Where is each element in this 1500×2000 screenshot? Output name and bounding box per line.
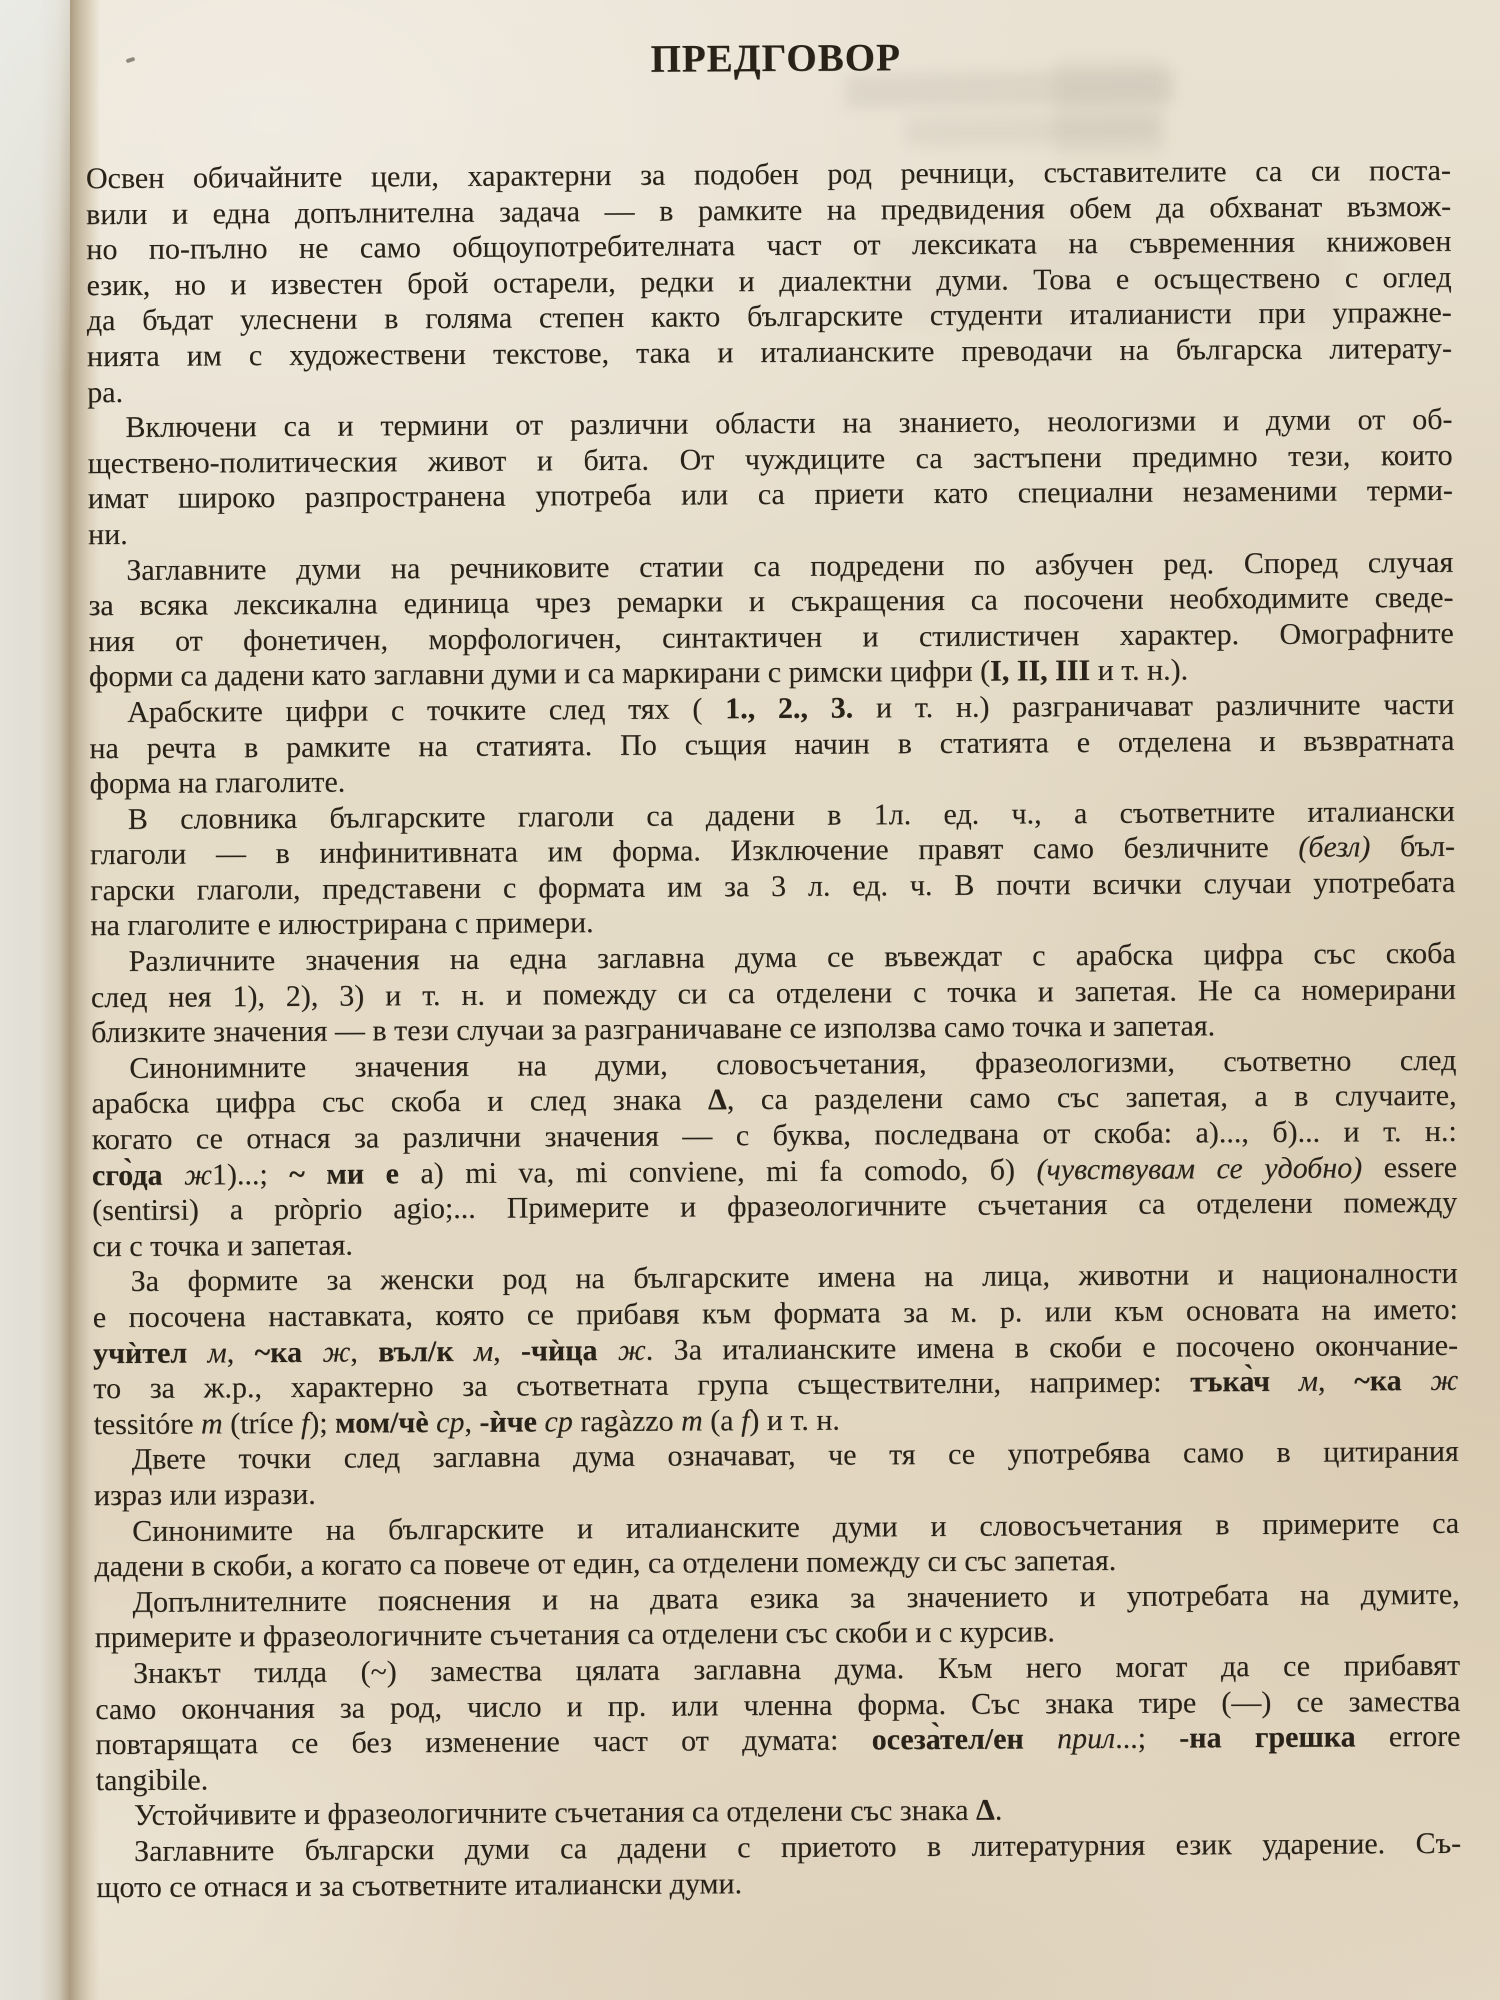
paragraph: Двете точки след заглавна дума означават… (94, 1434, 1459, 1514)
text-span: Освен обичайните цели, характерни за под… (86, 154, 1451, 195)
bold-text: 1., 2., 3. (725, 691, 853, 725)
bold-text: -чѝца (521, 1334, 618, 1368)
bold-text: ~ка (254, 1335, 322, 1368)
text-span: , (227, 1336, 255, 1369)
bold-text: ~ка (1354, 1364, 1430, 1397)
text-span: (sentirsi) a pròprio agio;... Примерите … (92, 1186, 1457, 1227)
text-span: ния от фонетичен, морфологичен, синтакти… (89, 617, 1454, 658)
text-span: ragàzzo (573, 1404, 681, 1438)
text-span: дадени в скоби, а когато са повече от ед… (94, 1544, 1116, 1583)
italic-text: м (474, 1334, 493, 1367)
paragraph: Знакът тилда (~) замества цялата заглавн… (95, 1648, 1461, 1799)
bold-text: тъка̀ч (1190, 1365, 1299, 1399)
text-span: Допълнителните пояснения и на двата език… (133, 1578, 1460, 1619)
italic-text: ср (544, 1405, 573, 1438)
italic-text: (безл) (1298, 831, 1370, 864)
text-span: на глаголите е илюстрирана с примери. (90, 907, 593, 943)
italic-text: ж (322, 1335, 350, 1368)
text-span: имат широко разпространена употреба или … (88, 474, 1453, 515)
paragraph: Синонимните значения на думи, словосъчет… (91, 1043, 1457, 1265)
page-content: ПРЕДГОВОР Освен обичайните цели, характе… (85, 24, 1461, 1905)
text-span: ) и т. н. (749, 1403, 840, 1437)
text-span: , (1318, 1365, 1354, 1398)
paragraph: Синонимите на българските и италианските… (94, 1505, 1459, 1585)
bold-text: -ѝче (479, 1405, 544, 1438)
text-span: глаголи — в инфинитивната им форма. Изкл… (90, 831, 1298, 871)
text-span: , (350, 1335, 378, 1368)
text-span: израз или изрази. (94, 1478, 316, 1512)
italic-text: ж (618, 1333, 646, 1366)
text-span: то за ж.р., характерно за съответната гр… (93, 1366, 1190, 1406)
italic-text: м (1299, 1365, 1318, 1398)
italic-text: м (207, 1336, 226, 1369)
text-span: а) mi va, mi conviene, mi fa comodo, б) (399, 1153, 1037, 1190)
text-span: повтарящата се без изменение част от дум… (95, 1724, 871, 1762)
text-span: форми са дадени като заглавни думи и са … (89, 655, 990, 694)
text-span: ни. (88, 518, 128, 551)
paragraph: Арабските цифри с точките след тях ( 1.,… (89, 687, 1455, 802)
italic-text: f (741, 1404, 750, 1437)
text-span: щото се отнася и за съответните италианс… (96, 1867, 742, 1904)
text-span: гарски глаголи, представени с формата им… (90, 866, 1455, 907)
paragraph: Заглавните български думи са дадени с пр… (96, 1826, 1461, 1906)
text-span: tessitóre (93, 1407, 201, 1441)
paragraph: Различните значения на една заглавна дум… (91, 936, 1457, 1051)
italic-text: (чувствувам се удобно) (1036, 1151, 1362, 1186)
text-span: essere (1362, 1150, 1457, 1184)
text-span: и т. н.). (1090, 654, 1188, 688)
bold-text: Δ (708, 1084, 727, 1117)
italic-text: m (201, 1407, 223, 1440)
text-span: ...; (1115, 1722, 1179, 1755)
text-span: errore (1355, 1720, 1460, 1754)
page-title: ПРЕДГОВОР (93, 32, 1458, 85)
text-span: Синонимите на българските и италианските… (132, 1506, 1459, 1547)
paragraph: Включени са и термини от различни област… (87, 402, 1453, 553)
text-span: след нея 1), 2), 3) и т. н. и помежду си… (91, 972, 1456, 1013)
bold-text: осеза̀тел/ен (872, 1722, 1058, 1756)
text-span: е посочена наставката, която се прибавя … (93, 1293, 1458, 1334)
bold-text: ~ ми е (289, 1157, 399, 1191)
bold-text: -на грешка (1179, 1721, 1356, 1755)
text-span: Двете точки след заглавна дума означават… (132, 1435, 1459, 1476)
text-span: , (493, 1334, 521, 1367)
italic-text: ж (184, 1158, 212, 1191)
text-span: Устойчивите и фразеологичните съчетания … (134, 1794, 976, 1832)
italic-text: f (301, 1407, 310, 1440)
italic-text: ж (1430, 1364, 1458, 1397)
text-span: и т. н.) разграничават различните части (853, 688, 1454, 725)
text-span: tangibile. (96, 1763, 209, 1797)
text-span: нията им с художествени текстове, така и… (87, 332, 1452, 373)
bold-text: I, II, III (990, 654, 1090, 688)
text-span: Арабските цифри с точките след тях ( (127, 692, 725, 729)
text-span: 1)...; (212, 1158, 290, 1191)
text-span: си с точка и запетая. (92, 1228, 353, 1263)
paragraph: Допълнителните пояснения и на двата език… (94, 1577, 1459, 1657)
page-fold-highlight (0, 0, 70, 420)
text-line: щото се отнася и за съответните италианс… (96, 1861, 1461, 1905)
paragraph: Освен обичайните цели, характерни за под… (86, 153, 1452, 410)
paragraph: Заглавните думи на речниковите статии са… (88, 544, 1454, 695)
text-span: арабска цифра със скоба и след знака (91, 1084, 708, 1121)
paragraph: В словника българските глаголи са дадени… (90, 794, 1456, 945)
text-span: (a (703, 1404, 742, 1437)
text-span: Включени са и термини от различни област… (125, 403, 1452, 444)
text-span: бъл- (1370, 830, 1455, 864)
text-span: . За италианските имена в скоби е посоче… (646, 1328, 1459, 1366)
text-span: , са разделени само със запетая, а в слу… (727, 1079, 1457, 1116)
text-span: когато се отнася за различни значения — … (92, 1115, 1457, 1156)
bold-text: учѝтел (93, 1336, 208, 1370)
bold-text: Δ (976, 1794, 995, 1827)
text-span: на речта в рамките на статията. По същия… (89, 723, 1454, 764)
italic-text: прил (1057, 1722, 1115, 1755)
page-text: Освен обичайните цели, характерни за под… (86, 153, 1462, 1905)
text-span: форма на глаголите. (90, 766, 346, 801)
bold-text: мом/чѐ (335, 1406, 436, 1440)
text-span: , (464, 1406, 479, 1439)
paragraph: За формите за женски род на българските … (93, 1256, 1459, 1442)
text-span: (tríce (223, 1407, 301, 1440)
italic-text: ср (436, 1406, 465, 1439)
bold-text: сго̀да (92, 1158, 184, 1192)
text-span: ); (309, 1406, 335, 1439)
text-span: Заглавните български думи са дадени с пр… (134, 1827, 1461, 1868)
book-page: ПРЕДГОВОР Освен обичайните цели, характе… (0, 0, 1500, 2000)
text-span: ра. (87, 376, 123, 409)
text-span: близките значения — в тези случаи за раз… (91, 1010, 1215, 1050)
text-span: Знакът тилда (~) замества цялата заглавн… (133, 1649, 1460, 1690)
bold-text: въл/к (378, 1334, 474, 1368)
text-span: Различните значения на една заглавна дум… (129, 937, 1456, 978)
text-span: . (995, 1794, 1003, 1827)
text-span: примерите и фразеологичните съчетания са… (95, 1616, 1055, 1655)
italic-text: m (681, 1404, 703, 1437)
